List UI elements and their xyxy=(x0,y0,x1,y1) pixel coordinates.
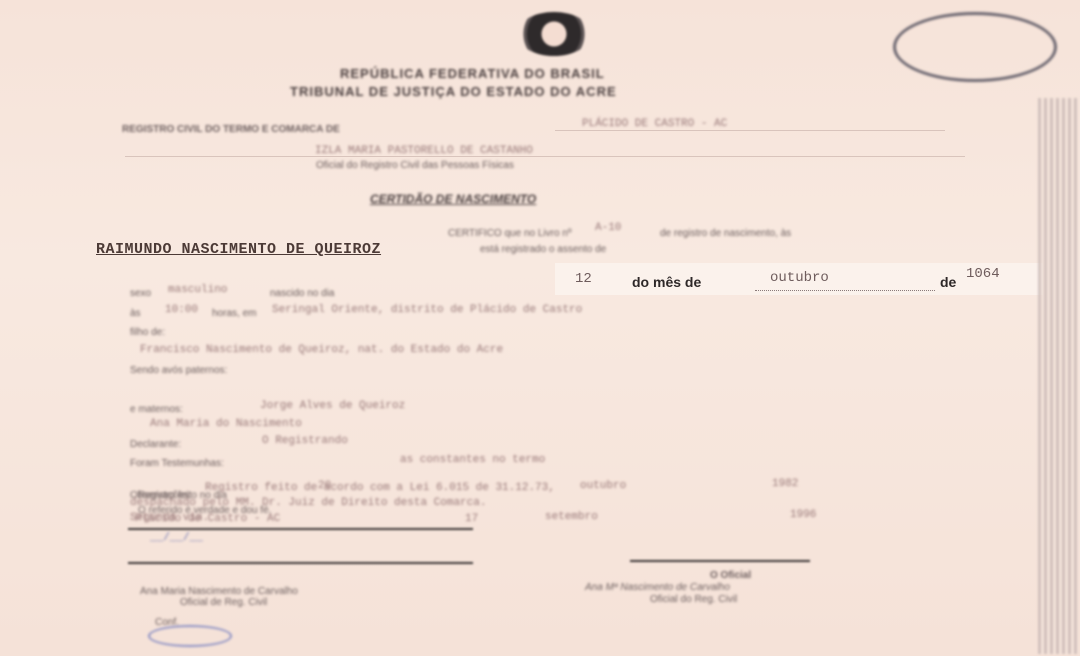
signature-left xyxy=(128,562,473,564)
maternal-grandfather: Jorge Alves de Queiroz xyxy=(260,400,405,412)
birth-year: 1064 xyxy=(966,266,1000,282)
birth-day: 12 xyxy=(575,271,592,287)
round-stamp-icon xyxy=(893,12,1057,82)
hours-label: horas, em xyxy=(212,308,256,319)
maternal-grandmother: Ana Maria do Nascimento xyxy=(150,418,302,430)
intro-text: CERTIFICO que no Livro nº xyxy=(448,228,572,239)
observation-line-1: Registro feito de acordo com a Lei 6.015… xyxy=(205,482,555,494)
registry-label: REGISTRO CIVIL DO TERMO E COMARCA DE xyxy=(122,124,340,135)
right-signer-sub: Oficial do Reg. Civil xyxy=(650,594,737,605)
witnesses-label: Foram Testemunhas: xyxy=(130,458,224,469)
registered-day: 20 xyxy=(318,480,331,492)
registrant-name: RAIMUNDO NASCIMENTO DE QUEIROZ xyxy=(96,241,381,258)
sex-value: masculino xyxy=(168,284,227,296)
signature-right xyxy=(630,560,810,562)
issue-year: 1996 xyxy=(790,509,816,521)
child-of-label: filho de: xyxy=(130,327,165,338)
birth-time: 10:00 xyxy=(165,304,198,316)
left-signer-role: Oficial de Reg. Civil xyxy=(180,597,267,608)
maternal-label: e maternos: xyxy=(130,404,183,415)
paternal-label: Sendo avós paternos: xyxy=(130,365,227,376)
time-label: às xyxy=(130,308,141,319)
sex-label: sexo xyxy=(130,288,151,299)
born-label: nascido no dia xyxy=(270,288,335,299)
court-heading: TRIBUNAL DE JUSTIÇA DO ESTADO DO ACRE xyxy=(290,84,617,99)
birth-place: Seringal Oriente, distrito de Plácido de… xyxy=(272,304,582,316)
registered-month: outubro xyxy=(580,480,626,492)
document-title: CERTIDÃO DE NASCIMENTO xyxy=(370,192,536,206)
country-heading: REPÚBLICA FEDERATIVA DO BRASIL xyxy=(340,66,605,81)
left-signer-name: Ana Maria Nascimento de Carvalho xyxy=(140,586,298,597)
birth-month: outubro xyxy=(770,270,829,286)
year-label: de xyxy=(940,274,956,290)
issue-month: setembro xyxy=(545,511,598,523)
intro-rest: de registro de nascimento, às xyxy=(660,228,791,239)
registered-on-label: Registro feito no dia xyxy=(138,490,227,501)
declarant: O Registrando xyxy=(262,435,348,447)
month-label: do mês de xyxy=(632,274,701,290)
handwritten-date: __/__/__ xyxy=(150,532,203,544)
right-signer-name: Ana Mª Nascimento de Carvalho xyxy=(585,582,730,593)
registered-year: 1982 xyxy=(772,478,798,490)
book-number: A-10 xyxy=(595,222,621,234)
registry-value: PLÁCIDO DE CASTRO - AC xyxy=(582,118,727,130)
declarant-label: Declarante: xyxy=(130,439,181,450)
blue-initials xyxy=(148,625,232,647)
father-name: Francisco Nascimento de Queiroz, nat. do… xyxy=(140,344,503,356)
coat-of-arms-icon xyxy=(517,12,591,56)
witnesses: as constantes no termo xyxy=(400,454,545,466)
right-signer-role: O Oficial xyxy=(710,570,751,581)
issue-place: Plácido de Castro - AC xyxy=(135,513,280,525)
issue-day: 17 xyxy=(465,513,478,525)
official-title: Oficial do Registro Civil das Pessoas Fí… xyxy=(316,160,514,171)
signature-line-left-top xyxy=(128,528,473,530)
vertical-margin-text xyxy=(1038,98,1078,654)
registered-line: está registrado o assento de xyxy=(480,244,606,255)
